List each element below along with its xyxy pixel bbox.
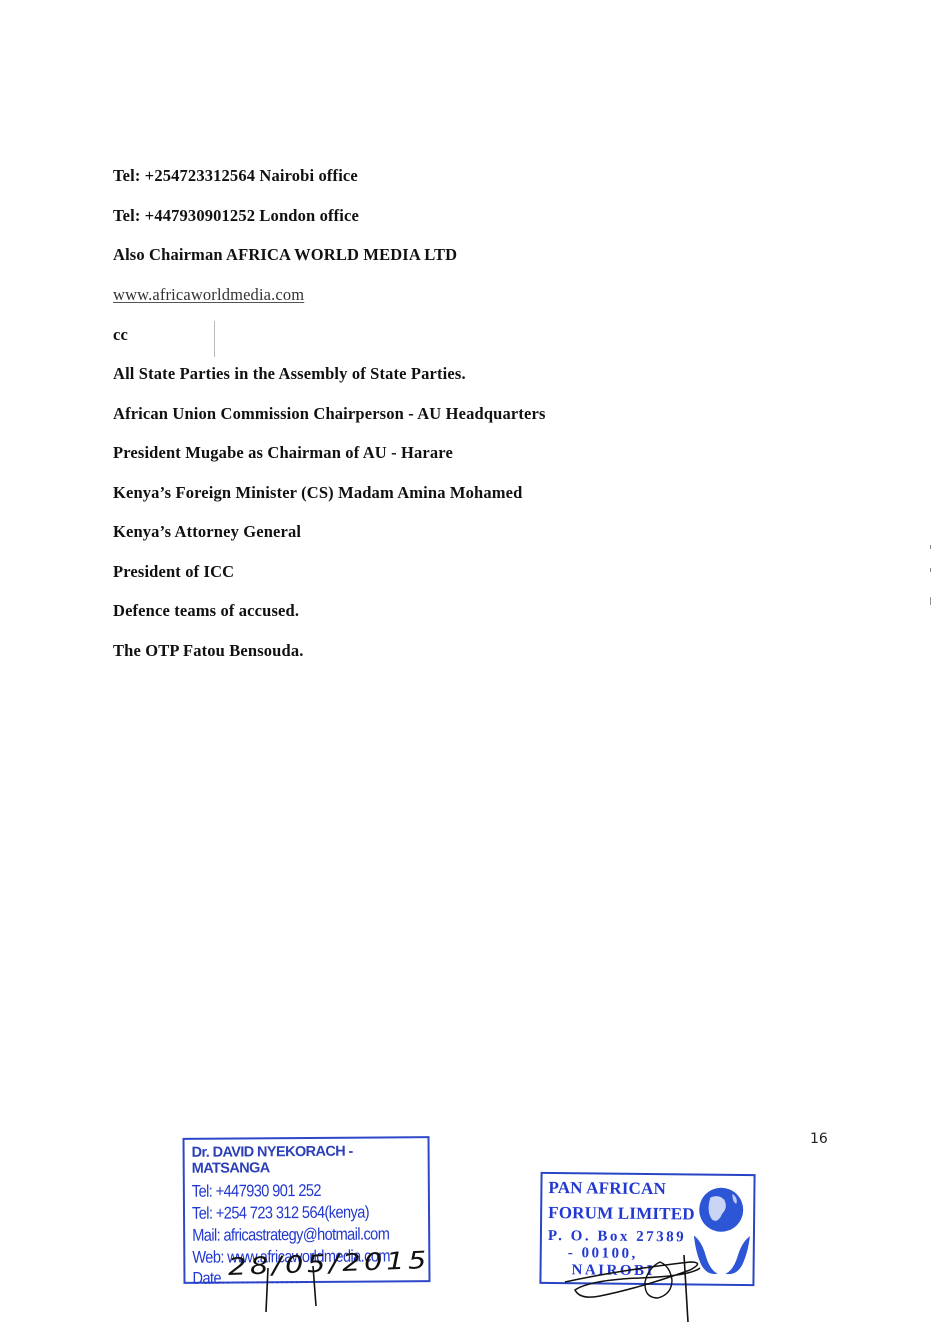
scan-artifact: [214, 321, 215, 357]
company-stamp: PAN AFRICAN FORUM LIMITED P. O. Box 2738…: [539, 1172, 755, 1286]
globe-with-hands-icon: [687, 1183, 754, 1280]
cc-recipient: Kenya’s Foreign Minister (CS) Madam Amin…: [113, 483, 522, 503]
signature: [0, 0, 935, 1322]
company-stamp-line2: FORUM LIMITED: [548, 1203, 695, 1225]
scan-artifact: [930, 545, 931, 549]
cc-label: cc: [113, 325, 128, 345]
cc-recipient: African Union Commission Chairperson - A…: [113, 404, 546, 424]
stamp-name: Dr. DAVID NYEKORACH - MATSANGA: [192, 1143, 428, 1177]
cc-recipient: Defence teams of accused.: [113, 601, 299, 621]
contact-tel-nairobi: Tel: +254723312564 Nairobi office: [113, 166, 358, 186]
page-number: 16: [810, 1131, 828, 1147]
company-stamp-line1: PAN AFRICAN: [548, 1178, 666, 1199]
scan-artifact: [930, 597, 931, 605]
cc-recipient: The OTP Fatou Bensouda.: [113, 641, 304, 661]
stamp-date-label: Date: [192, 1269, 221, 1288]
chairman-line: Also Chairman AFRICA WORLD MEDIA LTD: [113, 245, 457, 265]
company-stamp-line3: P. O. Box 27389: [548, 1228, 686, 1246]
cc-recipient: Kenya’s Attorney General: [113, 522, 301, 542]
contact-tel-london: Tel: +447930901252 London office: [113, 206, 359, 226]
stamp-tel-uk: Tel: +447930 901 252: [192, 1179, 395, 1202]
website-link[interactable]: www.africaworldmedia.com: [113, 285, 304, 305]
stamp-tel-kenya: Tel: +254 723 312 564(kenya): [192, 1201, 395, 1224]
stamp-mail: Mail: africastrategy@hotmail.com: [192, 1223, 395, 1246]
cc-recipient: President Mugabe as Chairman of AU - Har…: [113, 443, 453, 463]
cc-recipient: President of ICC: [113, 562, 234, 582]
company-stamp-line5: NAIROBI: [571, 1262, 655, 1280]
scan-artifact: [930, 568, 931, 572]
cc-recipient: All State Parties in the Assembly of Sta…: [113, 364, 466, 384]
company-stamp-line4: - 00100,: [568, 1245, 638, 1263]
handwriting-strokes: [0, 0, 935, 1322]
